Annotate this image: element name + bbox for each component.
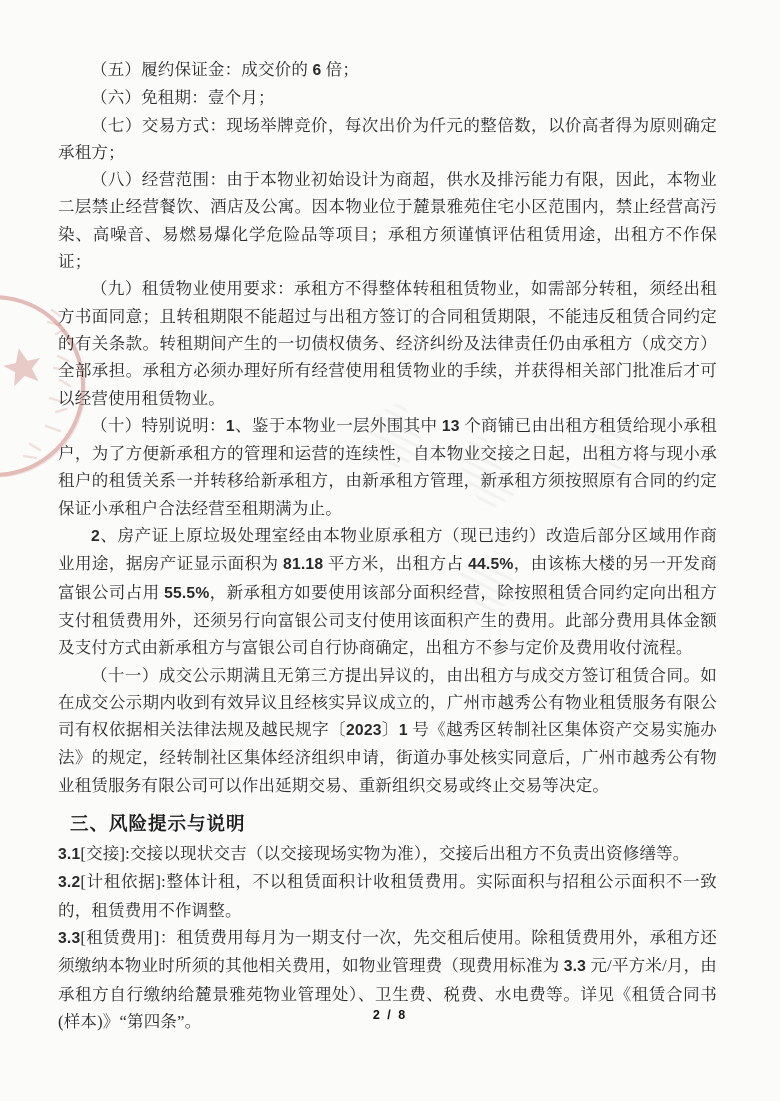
seal-star-icon [0, 344, 45, 387]
risk-item-3-2: 3.2[计租依据]:整体计租，不以租赁面积计收租赁费用。实际面积与招租公示面积不… [58, 868, 717, 924]
risk-section-heading: 三、风险提示与说明 [70, 810, 717, 838]
document-body: （五）履约保证金：成交价的 6 倍； （六）免租期：壹个月； （七）交易方式：现… [58, 56, 717, 1035]
risk-item-3-1: 3.1[交接]:交接以现状交吉（以交接现场实物为准），交接后出租方不负责出资修缮… [58, 840, 717, 868]
clause-paragraph-9: （九）租赁物业使用要求：承租方不得整体转租租赁物业，如需部分转租，须经出租方书面… [58, 275, 717, 411]
clause-paragraph-10-item-2: 2、房产证上原垃圾处理室经由本物业原承租方（现已违约）改造后部分区域用作商业用途… [58, 522, 717, 661]
clause-paragraph-6: （六）免租期：壹个月； [58, 84, 717, 111]
document-page: （五）履约保证金：成交价的 6 倍； （六）免租期：壹个月； （七）交易方式：现… [0, 0, 780, 1101]
risk-section: 3.1[交接]:交接以现状交吉（以交接现场实物为准），交接后出租方不负责出资修缮… [58, 840, 717, 1035]
clause-paragraph-10: （十）特别说明：1、鉴于本物业一层外围其中 13 个商铺已由出租方租赁给现小承租… [58, 412, 717, 522]
clause-paragraph-8: （八）经营范围：由于本物业初始设计为商超，供水及排污能力有限，因此，本物业二层禁… [58, 166, 717, 275]
clause-paragraph-7: （七）交易方式：现场举牌竞价，每次出价为仟元的整倍数，以价高者得为原则确定承租方… [58, 112, 717, 167]
clause-paragraph-11: （十一）成交公示期满且无第三方提出异议的，由出租方与成交方签订租赁合同。如在成交… [58, 662, 717, 799]
page-number: 2 / 8 [0, 1008, 780, 1022]
clause-paragraph-5: （五）履约保证金：成交价的 6 倍； [58, 56, 717, 84]
